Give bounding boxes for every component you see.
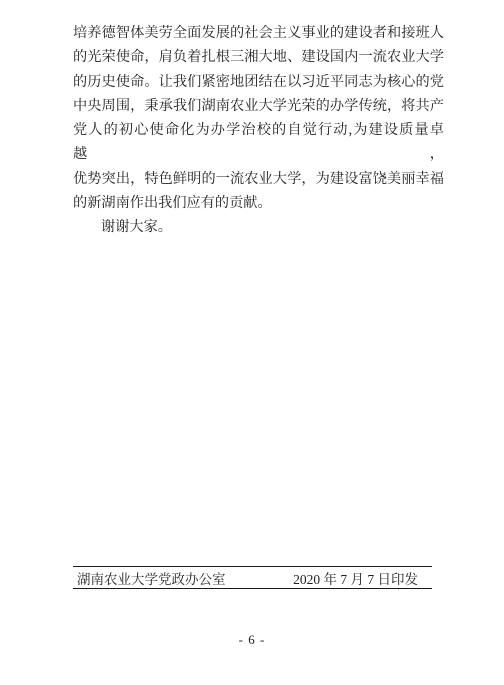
issuing-office-label: 湖南农业大学党政办公室 (73, 568, 226, 588)
body-line: 培养德智体美劳全面发展的社会主义事业的建设者和接班人 (73, 21, 444, 45)
print-date-label: 2020 年 7 月 7 日印发 (293, 568, 432, 588)
body-line: 的新湖南作出我们应有的贡献。 (73, 191, 444, 215)
body-line: 的历史使命。让我们紧密地团结在以习近平同志为核心的党 (73, 70, 444, 94)
document-page: 培养德智体美劳全面发展的社会主义事业的建设者和接班人 的光荣使命，肩负着扎根三湘… (0, 0, 504, 685)
page-number: - 6 - (0, 632, 504, 648)
closing-line: 谢谢大家。 (73, 215, 444, 239)
colophon-bar: 湖南农业大学党政办公室 2020 年 7 月 7 日印发 (73, 566, 432, 589)
body-line: 党人的初心使命化为办学治校的自觉行动,为建设质量卓越， (73, 118, 444, 167)
body-paragraph: 培养德智体美劳全面发展的社会主义事业的建设者和接班人 的光荣使命，肩负着扎根三湘… (73, 21, 444, 240)
body-line: 优势突出，特色鲜明的一流农业大学，为建设富饶美丽幸福 (73, 167, 444, 191)
body-line: 中央周围，秉承我们湖南农业大学光荣的办学传统，将共产 (73, 94, 444, 118)
body-line: 的光荣使命，肩负着扎根三湘大地、建设国内一流农业大学 (73, 45, 444, 69)
